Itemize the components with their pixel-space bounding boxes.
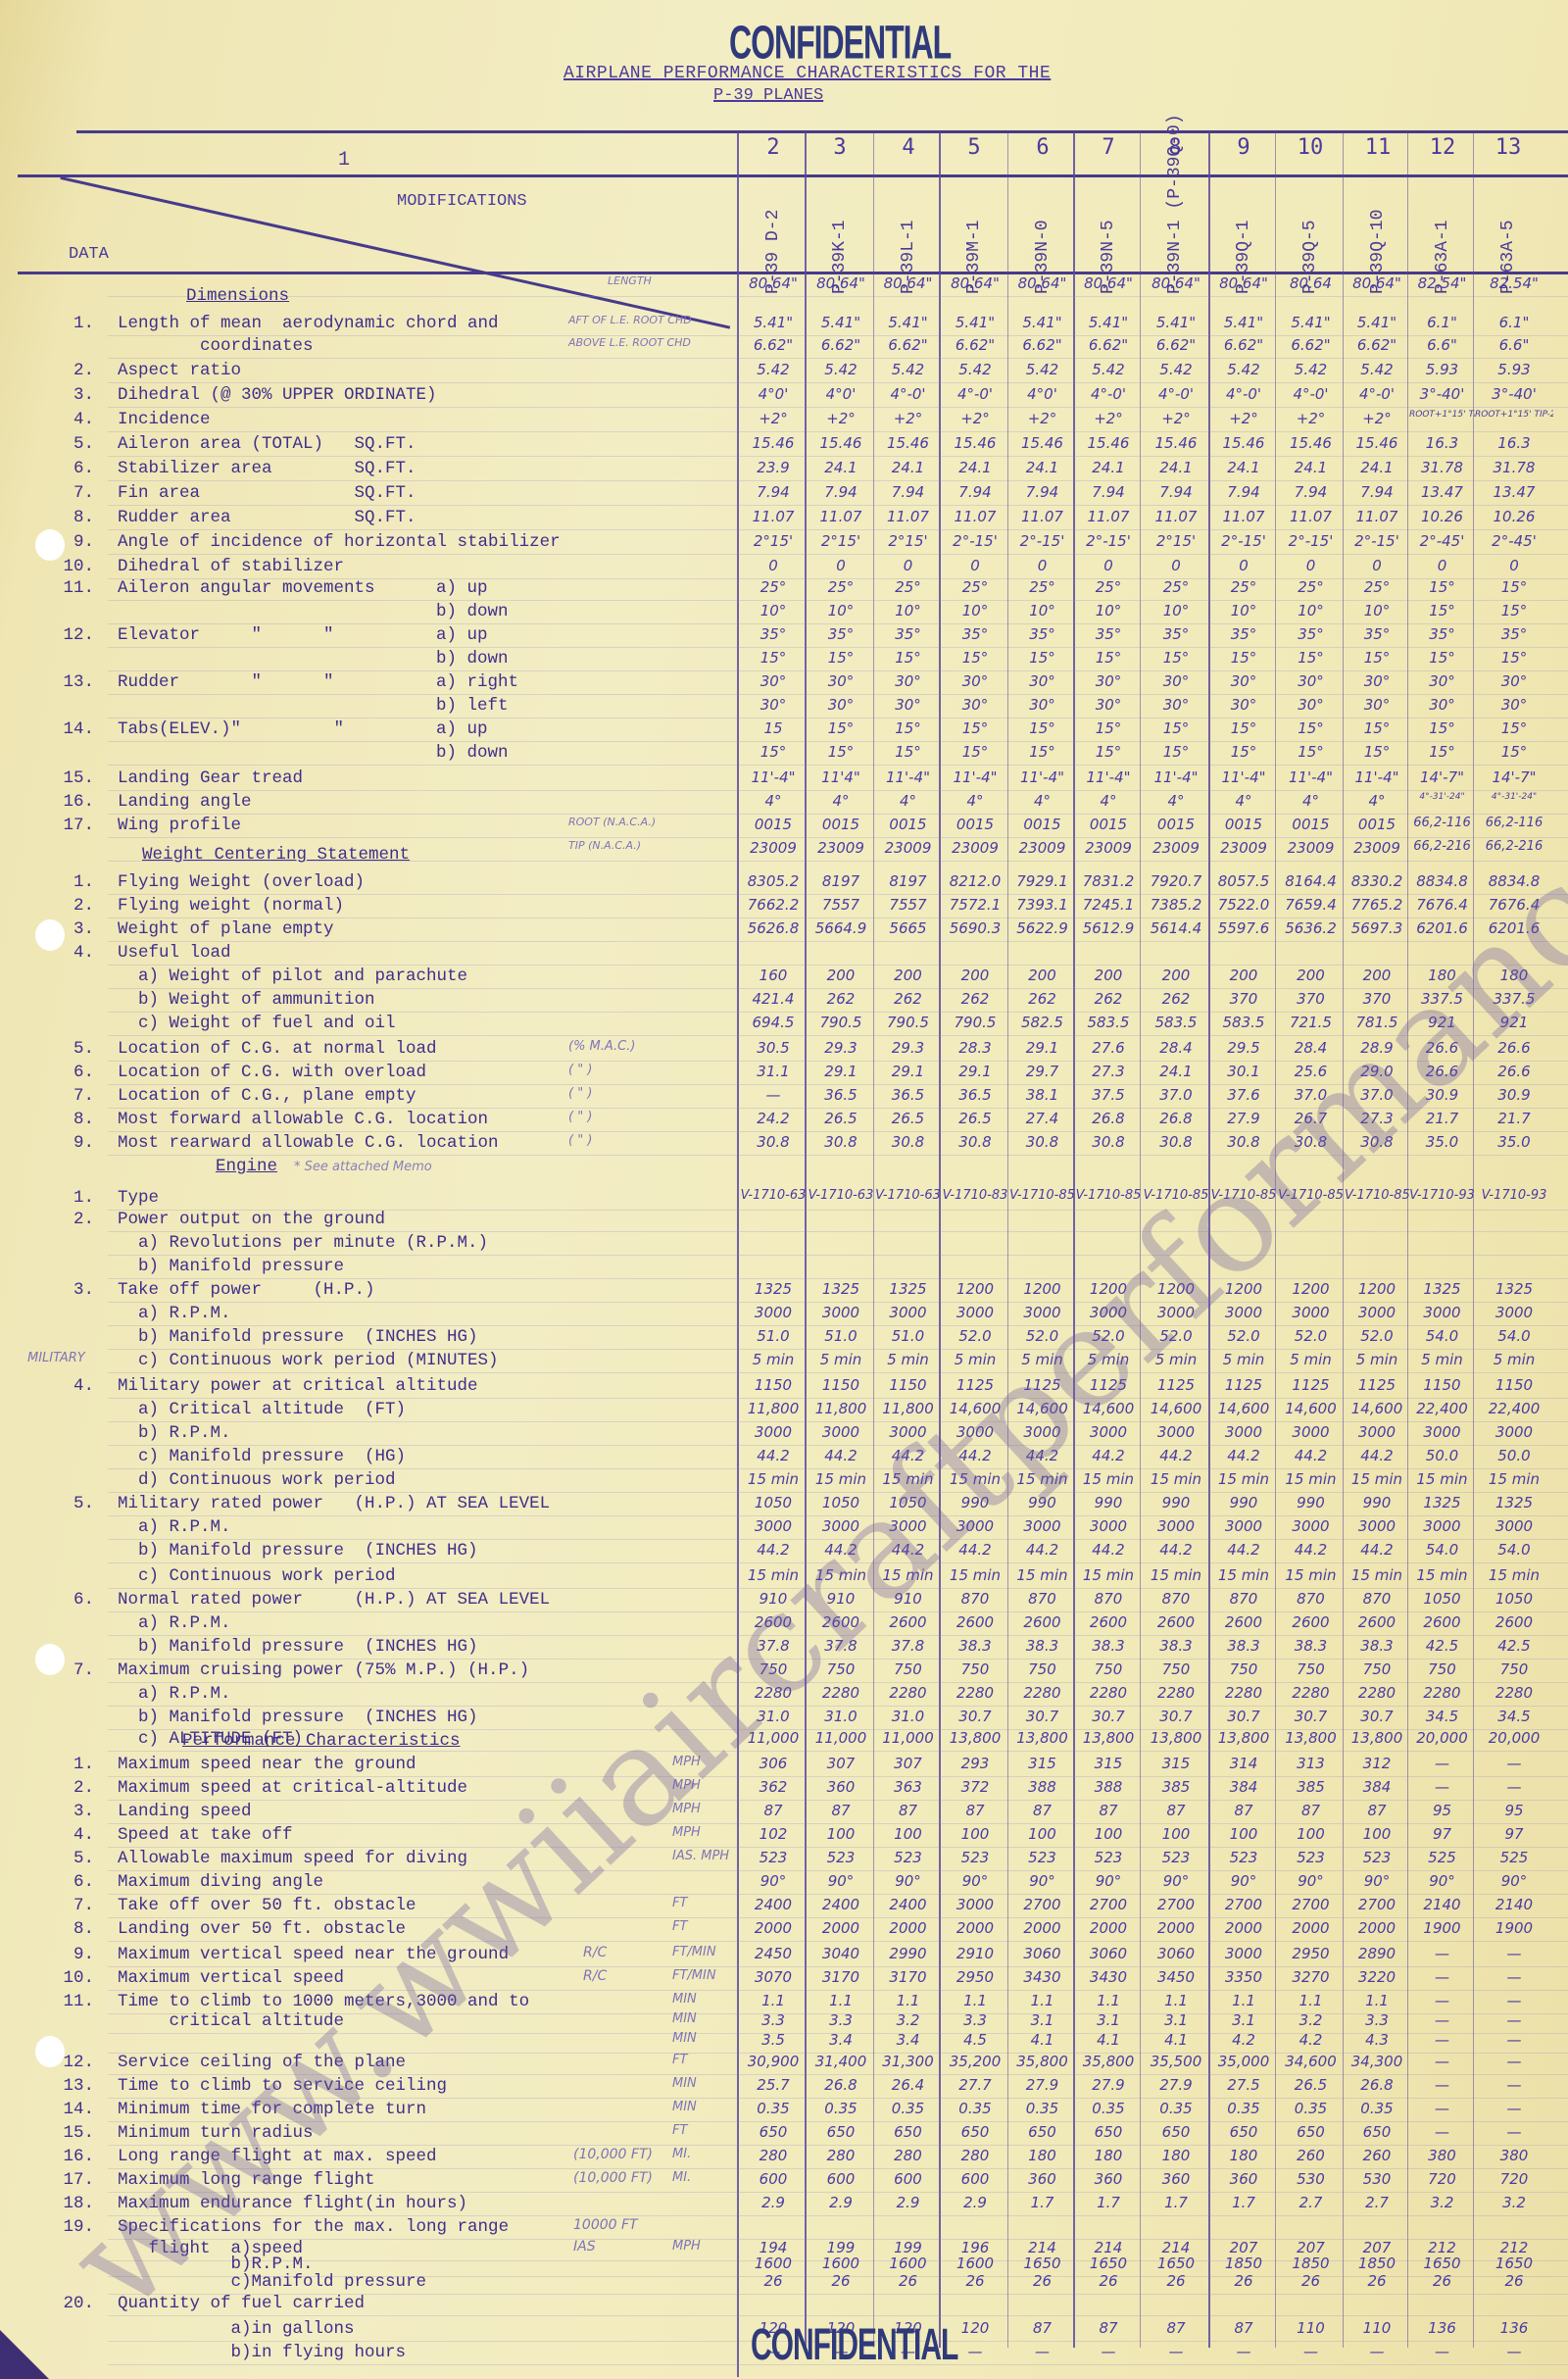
row-unit: FT (672, 1896, 687, 1910)
row-value: 23009 (1345, 839, 1409, 857)
row-value: 30° (1142, 672, 1210, 690)
row-value: 7557 (875, 896, 941, 914)
row-value: 990 (1142, 1494, 1210, 1512)
row-label: Angle of incidence of horizontal stabili… (118, 532, 561, 552)
row-value: 7.94 (875, 483, 941, 501)
row-value: 2.7 (1277, 2194, 1345, 2211)
row-label: Weight of plane empty (118, 919, 334, 939)
row-value: 11,000 (807, 1729, 875, 1747)
row-value: 7385.2 (1142, 896, 1210, 914)
row-value: 3000 (941, 1304, 1009, 1321)
row-value: 2000 (1345, 1919, 1409, 1937)
row-value: 7245.1 (1075, 896, 1142, 914)
row-value: 15.46 (1009, 434, 1075, 452)
row-label: a) Revolutions per minute (R.P.M.) (118, 1233, 488, 1253)
row-rule (108, 1706, 1568, 1707)
row-value: 23009 (1075, 839, 1142, 857)
row-value: — (1409, 1945, 1475, 1962)
row-value: 200 (1075, 966, 1142, 984)
table-row: 15.Landing Gear tread11'-4"11'4"11'-4"11… (0, 768, 1568, 792)
row-number: 4. (57, 1376, 94, 1396)
row-value: 100 (1142, 1825, 1210, 1843)
row-value: 80.64 (1277, 274, 1345, 292)
row-value: 3450 (1142, 1968, 1210, 1986)
row-value: 2000 (941, 1919, 1009, 1937)
row-value: 100 (875, 1825, 941, 1843)
row-value: 26 (1277, 2272, 1345, 2290)
row-value: 600 (807, 2170, 875, 2188)
column-number: 13 (1479, 135, 1538, 160)
row-rule (108, 718, 1568, 719)
row-value: 30.8 (1075, 1133, 1142, 1151)
row-value: 523 (1277, 1849, 1345, 1866)
row-value: 3000 (807, 1304, 875, 1321)
row-value: 3000 (740, 1304, 807, 1321)
row-value: 3.1 (1210, 2011, 1277, 2029)
row-value: 11.07 (1142, 508, 1210, 525)
row-value: 990 (1345, 1494, 1409, 1512)
row-value: — (1142, 2343, 1210, 2360)
row-value: V-1710-85 (1075, 1188, 1142, 1203)
row-value: 530 (1345, 2170, 1409, 2188)
row-value: 11,000 (875, 1729, 941, 1747)
table-row: 1.Flying Weight (overload)8305.281978197… (0, 872, 1568, 896)
row-value: 13.47 (1475, 483, 1553, 501)
row-value: 5.42 (807, 361, 875, 378)
row-value: 3060 (1142, 1945, 1210, 1962)
row-value: 870 (1210, 1590, 1277, 1608)
row-label: b) Manifold pressure (INCHES HG) (118, 1541, 478, 1561)
row-value: 6.1" (1409, 314, 1475, 331)
row-value: 2700 (1142, 1896, 1210, 1913)
row-value: 11,800 (740, 1400, 807, 1417)
row-value: 20,000 (1409, 1729, 1475, 1747)
row-value: 30.8 (1009, 1133, 1075, 1151)
row-value: 307 (807, 1755, 875, 1772)
row-value: 2°-15' (941, 532, 1009, 550)
row-value: 36.5 (875, 1086, 941, 1104)
row-label: c) Manifold pressure (HG) (118, 1447, 406, 1466)
row-value: 1.7 (1142, 2194, 1210, 2211)
row-value: 14,600 (1345, 1400, 1409, 1417)
row-value: 1650 (1009, 2255, 1075, 2272)
row-value: 23009 (740, 839, 807, 857)
row-label: Take off power (H.P.) (118, 1280, 375, 1300)
row-value: 10° (1210, 602, 1277, 620)
punch-hole (35, 529, 65, 561)
row-number: 3. (57, 1802, 94, 1821)
table-row: 17.Wing profileROOT (N.A.C.A.)0015001500… (0, 816, 1568, 839)
row-value: 360 (1142, 2170, 1210, 2188)
row-value: 16.3 (1409, 434, 1475, 452)
row-value: 100 (807, 1825, 875, 1843)
table-row: 12.Elevator " "a) up35°35°35°35°35°35°35… (0, 625, 1568, 649)
column-1-number: 1 (338, 149, 350, 172)
row-value: 523 (875, 1849, 941, 1866)
row-value: 28.4 (1142, 1039, 1210, 1057)
row-value: 23009 (1009, 839, 1075, 857)
row-value: 4° (1075, 792, 1142, 810)
row-value: 4°0' (1009, 385, 1075, 403)
row-value: 80.64" (1210, 274, 1277, 292)
row-value: 3.3 (941, 2011, 1009, 2029)
row-value: 523 (1345, 1849, 1409, 1866)
row-value: 26.8 (1142, 1110, 1210, 1127)
row-value: 80.64" (875, 274, 941, 292)
row-value: 1200 (1277, 1280, 1345, 1298)
row-value: — (1277, 2343, 1345, 2360)
row-value: 27.3 (1075, 1063, 1142, 1080)
row-sublabel: R/C (583, 1968, 607, 1984)
row-value: 7.94 (1210, 483, 1277, 501)
row-value: 5.42 (1210, 361, 1277, 378)
row-value: 11'-4" (1345, 768, 1409, 786)
row-rule (108, 1468, 1568, 1469)
header-diagonal-rule (60, 176, 730, 329)
row-unit: FT (672, 2053, 687, 2067)
row-value: 262 (1075, 990, 1142, 1008)
row-value: +2° (1345, 410, 1409, 427)
row-value: 87 (740, 1802, 807, 1819)
row-value: 90° (941, 1872, 1009, 1890)
row-value: 95 (1475, 1802, 1553, 1819)
row-value: 5622.9 (1009, 919, 1075, 937)
row-value: 15 min (1409, 1566, 1475, 1584)
row-value: 0015 (1142, 816, 1210, 833)
row-value: 80.64" (1345, 274, 1409, 292)
row-value: 0.35 (807, 2100, 875, 2117)
row-rule (108, 1302, 1568, 1303)
row-value: 26.5 (941, 1110, 1009, 1127)
row-value: 3.4 (875, 2031, 941, 2049)
row-value: 14,600 (1210, 1400, 1277, 1417)
row-value: 11'-4" (1142, 768, 1210, 786)
row-value: 15° (740, 649, 807, 667)
row-value: 1150 (807, 1376, 875, 1394)
row-value: 7.94 (941, 483, 1009, 501)
row-value: 30.8 (941, 1133, 1009, 1151)
row-sublabel: b) down (436, 649, 509, 669)
row-value: 44.2 (1142, 1447, 1210, 1464)
row-value: 1.1 (1075, 1992, 1142, 2009)
row-value: 750 (1345, 1660, 1409, 1678)
row-value: 2280 (1277, 1684, 1345, 1702)
row-value: 3070 (740, 1968, 807, 1986)
row-value: 87 (1075, 2319, 1142, 2337)
table-row: 20.Quantity of fuel carried (0, 2294, 1568, 2317)
row-rule (108, 1800, 1568, 1801)
row-value: 29.3 (875, 1039, 941, 1057)
row-value: 523 (1210, 1849, 1277, 1866)
row-value: — (1075, 2343, 1142, 2360)
row-value: 583.5 (1142, 1014, 1210, 1031)
row-value: 1.7 (1075, 2194, 1142, 2211)
row-sublabel: b) down (436, 602, 509, 621)
row-value: 30° (1210, 696, 1277, 714)
row-value: 44.2 (1277, 1447, 1345, 1464)
row-value: 5.93 (1475, 361, 1553, 378)
row-value: 30° (1475, 696, 1553, 714)
row-value: 2400 (740, 1896, 807, 1913)
row-value: 421.4 (740, 990, 807, 1008)
row-value: 90° (1475, 1872, 1553, 1890)
row-value: 5 min (1409, 1351, 1475, 1368)
row-value: 38.3 (1210, 1637, 1277, 1655)
row-label: Type (118, 1188, 159, 1208)
row-value: 15° (1475, 602, 1553, 620)
row-value: 5.41" (1210, 314, 1277, 331)
row-number: 14. (57, 719, 94, 739)
row-value: 11.07 (875, 508, 941, 525)
row-value: 790.5 (941, 1014, 1009, 1031)
row-value: 31.0 (875, 1708, 941, 1725)
row-value: 35° (1277, 625, 1345, 643)
row-number: 2. (57, 1778, 94, 1798)
row-value: 0 (1142, 557, 1210, 574)
row-label: c) Continuous work period (118, 1566, 396, 1586)
row-value: 11,800 (807, 1400, 875, 1417)
row-value: 30° (875, 672, 941, 690)
row-value: 13.47 (1409, 483, 1475, 501)
row-value: 100 (1075, 1825, 1142, 1843)
row-value: 28.3 (941, 1039, 1009, 1057)
row-value: 180 (1210, 2147, 1277, 2164)
row-value: 4.1 (1075, 2031, 1142, 2049)
row-label: Maximum speed at critical-altitude (118, 1778, 467, 1798)
row-value: 15.46 (1210, 434, 1277, 452)
row-value: 30.7 (1277, 1708, 1345, 1725)
row-value: 750 (875, 1660, 941, 1678)
row-value: 66,2-116 (1409, 816, 1475, 830)
row-value: 7557 (807, 896, 875, 914)
row-value: 26 (1075, 2272, 1142, 2290)
row-number: 4. (57, 1825, 94, 1845)
row-value: 2.9 (807, 2194, 875, 2211)
row-value: 87 (1210, 1802, 1277, 1819)
table-row: b) down15°15°15°15°15°15°15°15°15°15°15°… (0, 649, 1568, 672)
row-value: 10° (875, 602, 941, 620)
row-value: 15° (807, 719, 875, 737)
row-value: 200 (1210, 966, 1277, 984)
row-value: 15° (1075, 743, 1142, 761)
row-number: 11. (57, 578, 94, 598)
row-label: d) Continuous work period (118, 1470, 396, 1490)
row-value: 3.3 (1345, 2011, 1409, 2029)
table-row: 5.Aileron area (TOTAL) SQ.FT.15.4615.461… (0, 434, 1568, 458)
row-value: 80.64" (740, 274, 807, 292)
row-value: 15° (941, 743, 1009, 761)
row-value: 7.94 (1075, 483, 1142, 501)
row-value: 315 (1075, 1755, 1142, 1772)
row-value: 30.7 (1075, 1708, 1142, 1725)
row-rule (108, 407, 1568, 408)
row-value: 30.5 (740, 1039, 807, 1057)
row-value: 650 (1345, 2123, 1409, 2141)
row-rule (108, 1421, 1568, 1422)
row-value: 262 (1142, 990, 1210, 1008)
row-value: 3.2 (1409, 2194, 1475, 2211)
row-value: +2° (807, 410, 875, 427)
row-value: 2.7 (1345, 2194, 1409, 2211)
row-value: 2890 (1345, 1945, 1409, 1962)
row-value: 90° (740, 1872, 807, 1890)
row-unit: ( " ) (568, 1063, 592, 1077)
row-value: 1325 (1409, 1494, 1475, 1512)
row-value: 870 (1142, 1590, 1210, 1608)
row-value: 6.62" (740, 336, 807, 354)
column-number: 5 (945, 135, 1004, 160)
row-value: 2280 (941, 1684, 1009, 1702)
row-label: Most rearward allowable C.G. location (118, 1133, 499, 1153)
row-label: b) Manifold pressure (INCHES HG) (118, 1327, 478, 1347)
row-value: 30° (1277, 696, 1345, 714)
row-value: 360 (1210, 2170, 1277, 2188)
row-value: 4.2 (1210, 2031, 1277, 2049)
row-value: 14'-7" (1475, 768, 1553, 786)
row-value: 26 (740, 2272, 807, 2290)
row-value: 26 (807, 2272, 875, 2290)
row-value: 0 (1277, 557, 1345, 574)
row-value: 262 (875, 990, 941, 1008)
row-value: 6.62" (875, 336, 941, 354)
row-value: 1.7 (1009, 2194, 1075, 2211)
row-value: 44.2 (1075, 1541, 1142, 1559)
table-row: 4.Useful load (0, 943, 1568, 966)
row-value: 650 (941, 2123, 1009, 2141)
row-value: 29.5 (1210, 1039, 1277, 1057)
row-value: 2600 (1277, 1613, 1345, 1631)
section-dimensions: Dimensions (186, 286, 289, 306)
row-value: 54.0 (1475, 1327, 1553, 1345)
section-engine: Engine (216, 1157, 277, 1176)
row-value: 1200 (1345, 1280, 1409, 1298)
column-number: 4 (879, 135, 938, 160)
row-label: Length of mean aerodynamic chord and (118, 314, 499, 333)
row-value: — (1409, 2100, 1475, 2117)
table-row: 14.Tabs(ELEV.)" "a) up1515°15°15°15°15°1… (0, 719, 1568, 743)
row-value: V-1710-63 (875, 1188, 941, 1203)
row-value: 27.9 (1142, 2076, 1210, 2094)
column-number: 10 (1281, 135, 1340, 160)
row-value: — (1409, 2123, 1475, 2141)
row-value: 25° (875, 578, 941, 596)
row-value: 87 (807, 1802, 875, 1819)
row-sublabel: b) left (436, 696, 509, 716)
row-value: 2140 (1475, 1896, 1553, 1913)
row-value: 262 (941, 990, 1009, 1008)
row-value: 385 (1142, 1778, 1210, 1796)
row-value: 15° (875, 743, 941, 761)
row-value: 87 (1075, 1802, 1142, 1819)
row-value: 24.1 (1142, 1063, 1210, 1080)
row-value: 523 (740, 1849, 807, 1866)
row-value: 525 (1409, 1849, 1475, 1866)
row-value: 523 (941, 1849, 1009, 1866)
row-value: 0015 (1075, 816, 1142, 833)
row-value: 2280 (1345, 1684, 1409, 1702)
row-value: 2.9 (740, 2194, 807, 2211)
row-rule (108, 941, 1568, 942)
row-value: 1.1 (1277, 1992, 1345, 2009)
row-value: 87 (1142, 1802, 1210, 1819)
row-value: 26.5 (1277, 2076, 1345, 2094)
row-value: 4° (1210, 792, 1277, 810)
punch-hole (35, 1644, 65, 1675)
row-value: 10° (1277, 602, 1345, 620)
row-value: 11'4" (807, 768, 875, 786)
row-value: 35° (740, 625, 807, 643)
row-unit: TIP (N.A.C.A.) (568, 839, 641, 852)
row-rule (108, 358, 1568, 359)
row-label: Rudder " " (118, 672, 334, 692)
table-row: 1.Maximum speed near the groundMPH306307… (0, 1755, 1568, 1778)
row-value: 3170 (875, 1968, 941, 1986)
row-value: 8305.2 (740, 872, 807, 890)
row-number: 8. (57, 508, 94, 527)
row-label: Landing angle (118, 792, 252, 812)
row-value: 24.2 (740, 1110, 807, 1127)
row-value: 29.1 (875, 1063, 941, 1080)
row-value: 280 (941, 2147, 1009, 2164)
row-value: 10° (740, 602, 807, 620)
row-unit: ( " ) (568, 1133, 592, 1148)
row-rule (108, 456, 1568, 457)
row-value: 3.5 (740, 2031, 807, 2049)
row-value: 650 (875, 2123, 941, 2141)
row-number: 16. (57, 2147, 94, 2166)
row-rule (108, 814, 1568, 815)
row-value: 100 (1210, 1825, 1277, 1843)
row-value: 1.1 (740, 1992, 807, 2009)
row-value: 7.94 (1142, 483, 1210, 501)
row-value: 30° (1475, 672, 1553, 690)
row-number: 13. (57, 672, 94, 692)
row-value: 5.41" (1075, 314, 1142, 331)
row-value: 8057.5 (1210, 872, 1277, 890)
row-value: 370 (1277, 990, 1345, 1008)
confidential-stamp-bottom: CONFIDENTIAL (751, 2321, 957, 2371)
row-rule (108, 1278, 1568, 1279)
row-value: 38.3 (1345, 1637, 1409, 1655)
row-sublabel: (10,000 FT) (573, 2170, 653, 2186)
row-rule (108, 1941, 1568, 1942)
row-value: 1600 (875, 2255, 941, 2272)
row-value: 3170 (807, 1968, 875, 1986)
row-value: 0 (1345, 557, 1409, 574)
row-value: 750 (1009, 1660, 1075, 1678)
row-value: 6.6" (1409, 336, 1475, 354)
row-value: 35° (1210, 625, 1277, 643)
row-rule (108, 1349, 1568, 1350)
row-value: 136 (1475, 2319, 1553, 2337)
row-value: 1.1 (1345, 1992, 1409, 2009)
row-value: 23009 (1142, 839, 1210, 857)
row-value: 4°0' (740, 385, 807, 403)
row-value: 35,800 (1009, 2053, 1075, 2070)
row-unit: FT/MIN (672, 1945, 716, 1959)
row-value: 95 (1409, 1802, 1475, 1819)
row-unit: MILITARY (27, 1351, 85, 1365)
row-value: 31,300 (875, 2053, 941, 2070)
row-value: 15° (1277, 743, 1345, 761)
row-value: 15 (740, 719, 807, 737)
row-value: 2000 (1142, 1919, 1210, 1937)
row-rule (108, 765, 1568, 766)
row-number: 16. (57, 792, 94, 812)
row-value: 1050 (740, 1494, 807, 1512)
row-value: 15° (1409, 602, 1475, 620)
row-value: 0015 (1210, 816, 1277, 833)
